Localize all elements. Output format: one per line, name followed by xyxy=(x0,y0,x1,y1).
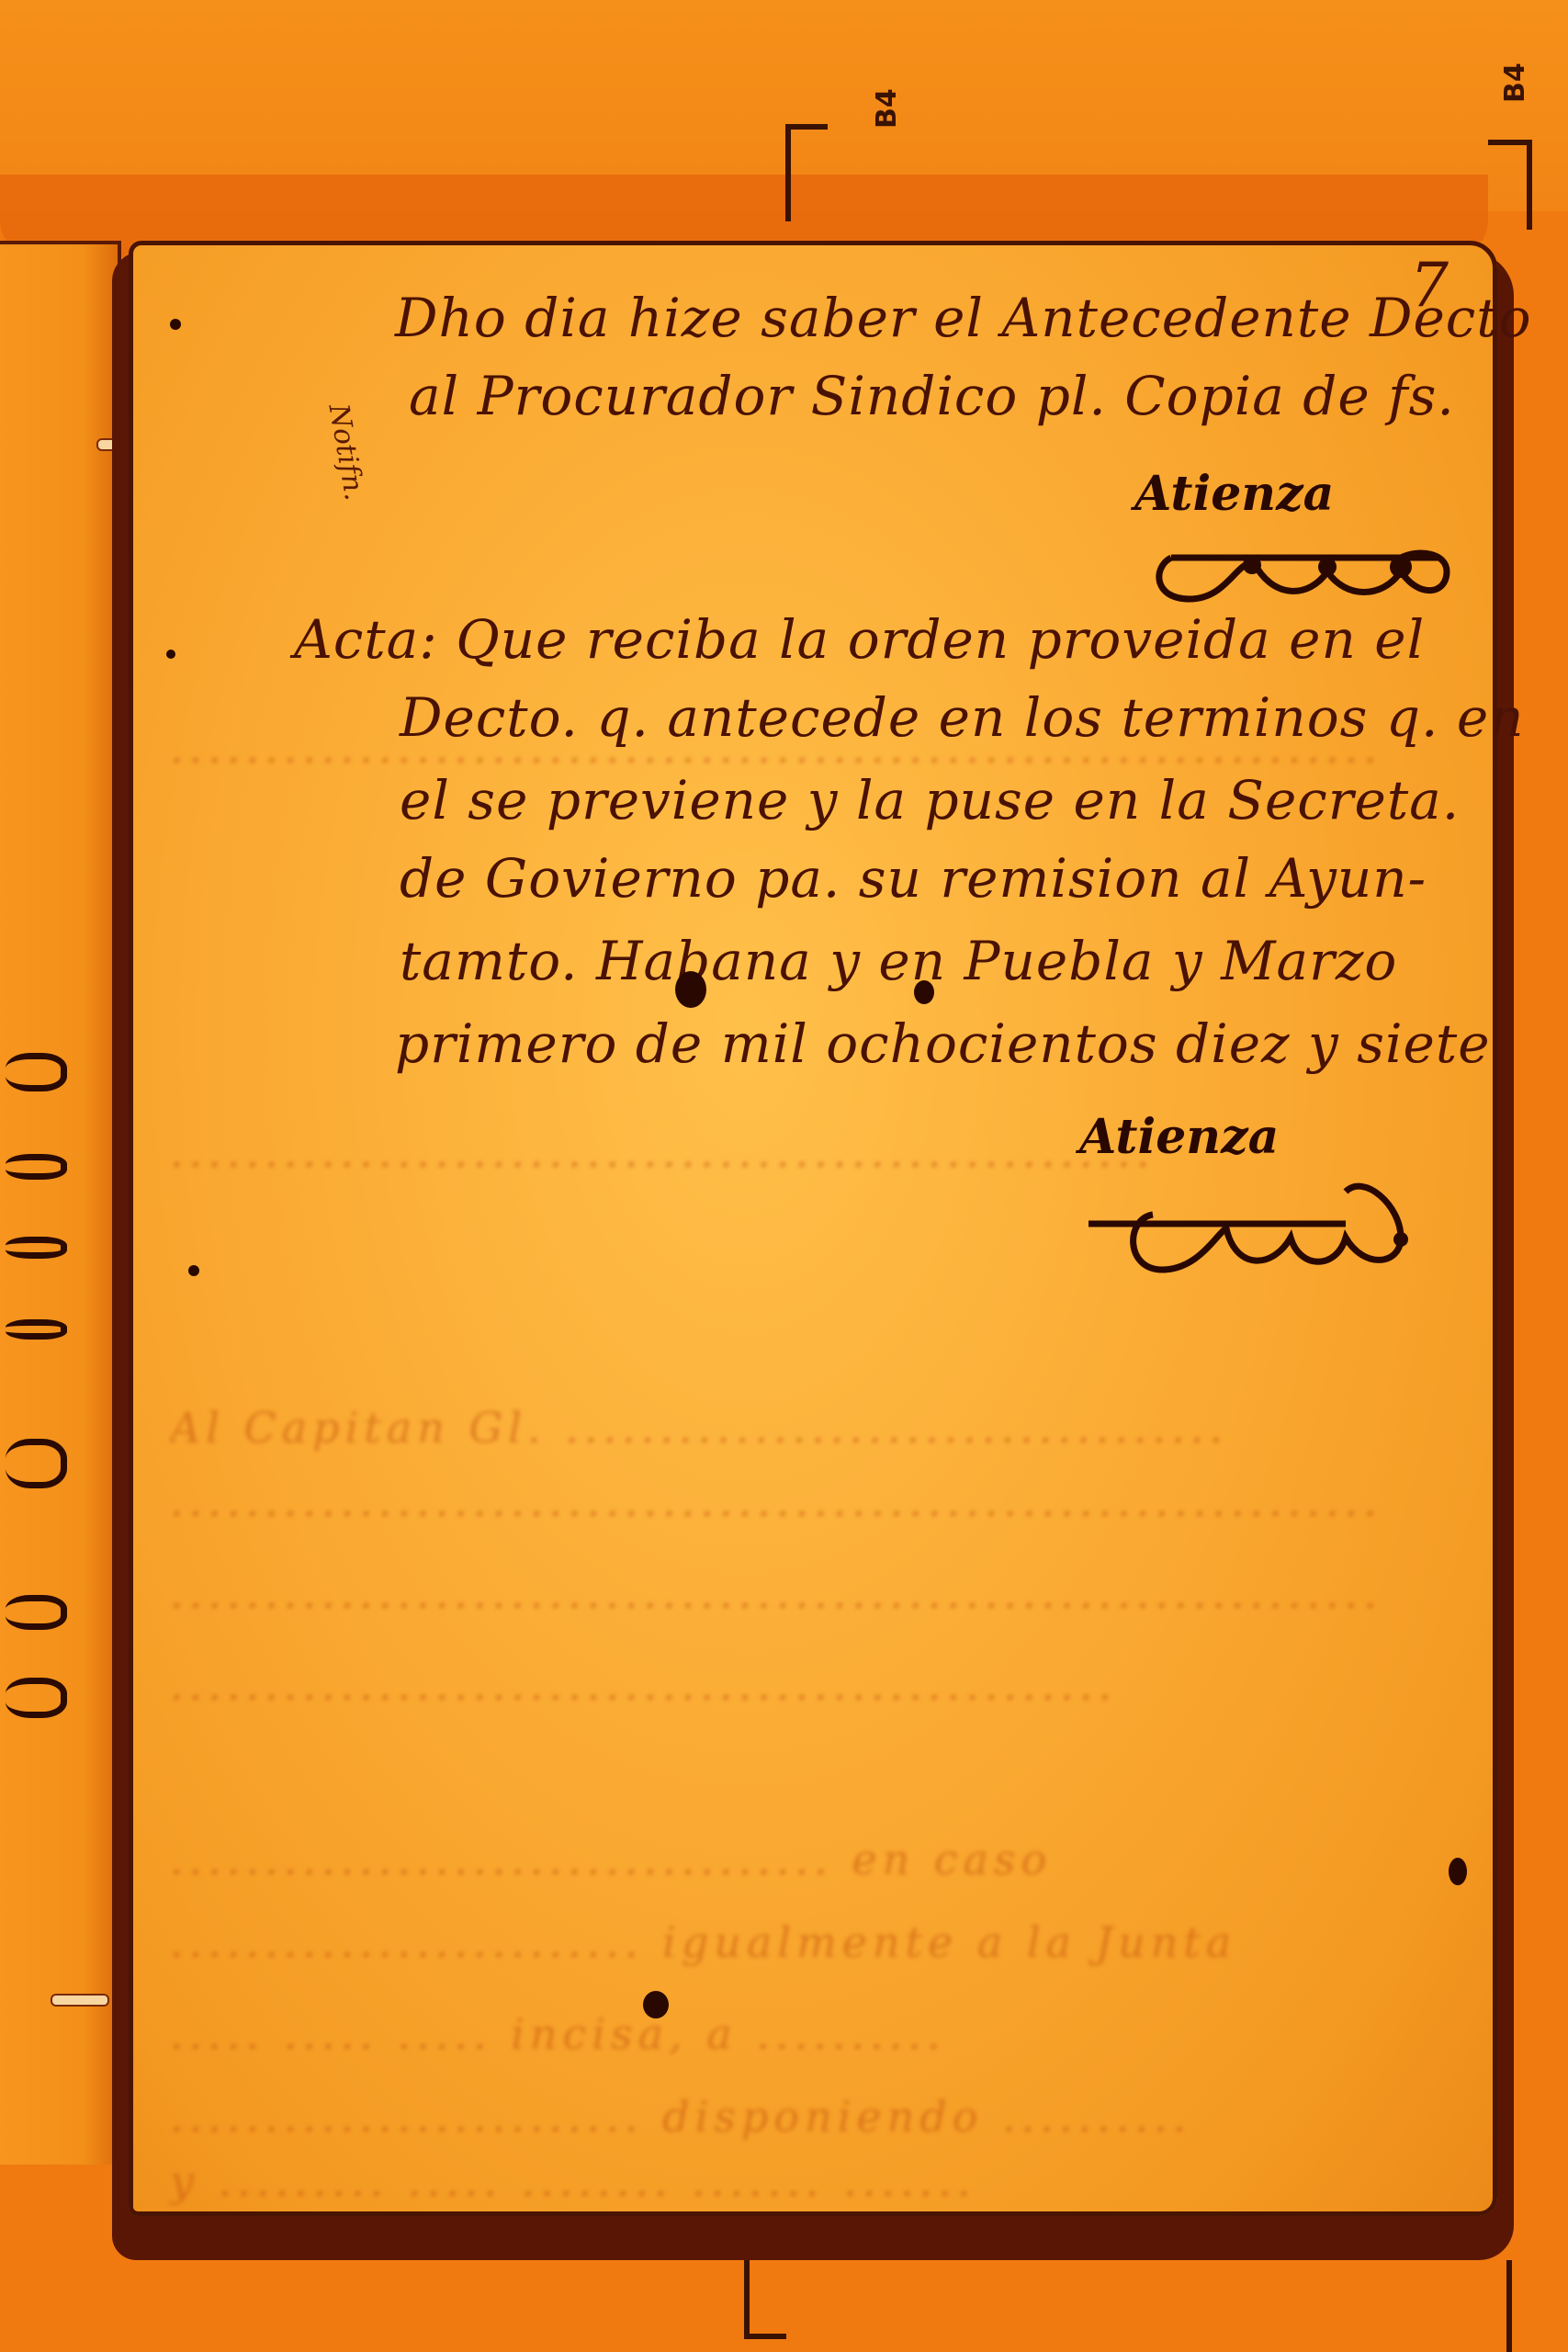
manuscript-line: Decto. q. antecede en los terminos q. en xyxy=(400,686,1525,749)
binding-thread xyxy=(51,1994,109,2007)
ink-blot xyxy=(188,1265,199,1276)
manuscript-line: tamto. Habana y en Puebla y Marzo xyxy=(400,930,1397,992)
ink-blot xyxy=(170,319,181,330)
crop-marker-bottom-right xyxy=(1479,2260,1512,2352)
crop-label-top-right: B4 xyxy=(1499,62,1531,103)
facing-page-ink xyxy=(6,1053,67,1091)
bleed-through-line: ......................... disponiendo ..… xyxy=(170,2092,1456,2142)
manuscript-line: de Govierno pa. su remision al Ayun- xyxy=(400,847,1427,910)
signature-flourish xyxy=(1144,521,1456,613)
crop-marker-top-right xyxy=(1488,140,1532,230)
manuscript-line: Dho dia hize saber el Antecedente Decto xyxy=(395,287,1532,349)
facing-page-edge xyxy=(0,241,121,2165)
manuscript-line: al Procurador Sindico pl. Copia de fs. xyxy=(409,365,1455,427)
bleed-through-line: ................................... en c… xyxy=(170,1835,1456,1884)
manuscript-line: Acta: Que reciba la orden proveida en el xyxy=(294,608,1425,671)
facing-page-ink xyxy=(6,1595,67,1630)
manuscript-line: el se previene y la puse en la Secreta. xyxy=(400,769,1460,831)
ink-blot xyxy=(914,980,934,1004)
ink-blot xyxy=(675,971,706,1008)
bleed-through-line: Al Capitan Gl. .........................… xyxy=(170,1403,1456,1453)
bleed-through-line: ......................... igualmente a l… xyxy=(170,1917,1456,1967)
crop-label-top-left: B4 xyxy=(871,88,903,129)
bleed-through-line: ........................................… xyxy=(170,1476,1456,1526)
margin-note: Notifn. xyxy=(322,401,371,503)
manuscript-page: ........................................… xyxy=(129,241,1497,2216)
bleed-through-line: ..... ..... ..... incisa, a .......... xyxy=(170,2009,1456,2059)
crop-marker-bottom-left xyxy=(744,2242,786,2339)
bleed-through-line: ........................................… xyxy=(170,1660,1456,1710)
ink-blot xyxy=(166,650,175,659)
facing-page-ink xyxy=(6,1678,67,1718)
facing-page-ink xyxy=(6,1237,67,1259)
bleed-through-line: ........................................… xyxy=(170,1568,1456,1618)
signature-name: Atienza xyxy=(1079,1109,1279,1165)
signature-name: Atienza xyxy=(1134,466,1334,522)
facing-page-ink xyxy=(6,1319,67,1340)
facing-page-ink xyxy=(6,1154,67,1180)
crop-marker-top-left xyxy=(785,124,828,221)
manuscript-line: primero de mil ochocientos diez y siete xyxy=(395,1012,1491,1075)
signature-flourish xyxy=(1070,1182,1419,1283)
ink-blot xyxy=(643,1991,669,2018)
facing-page-ink xyxy=(6,1439,67,1488)
bleed-through-line: y ......... ..... ........ ....... .....… xyxy=(170,2156,1456,2206)
ink-blot xyxy=(1449,1858,1467,1885)
